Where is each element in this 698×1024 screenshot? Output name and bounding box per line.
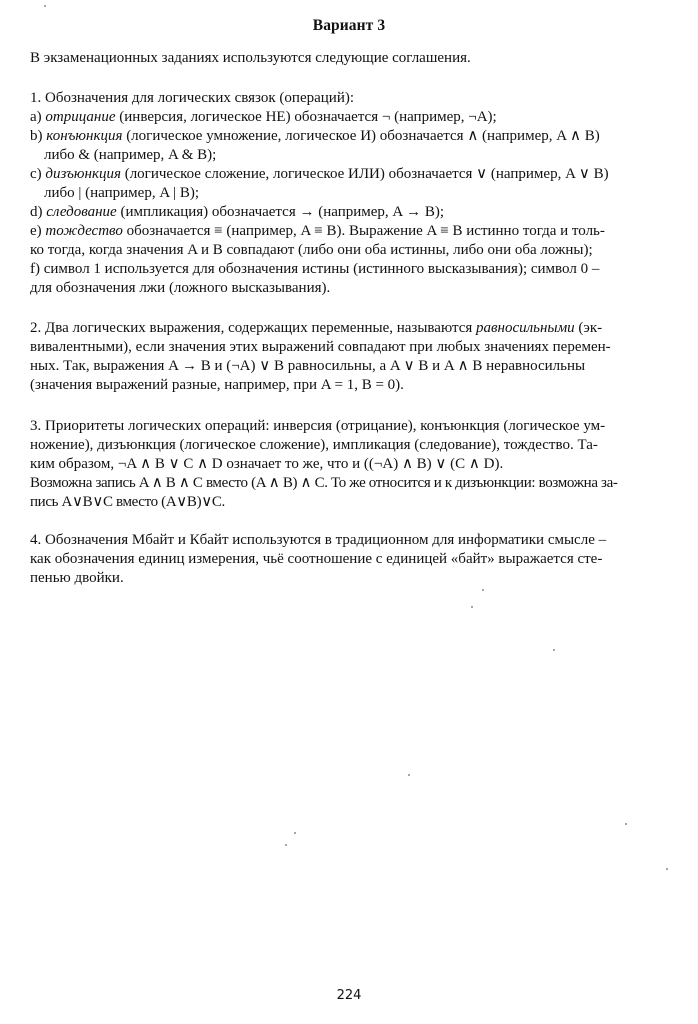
section-2-line-1: 2. Два логических выражения, содержащих …: [30, 319, 602, 338]
item-a-term: отрицание: [45, 109, 115, 125]
page-title: Вариант 3: [0, 17, 698, 35]
item-e-prefix: e): [30, 223, 45, 239]
item-c-prefix: c): [30, 166, 45, 182]
item-d-text: (импликация) обозначается → (например, A…: [117, 204, 444, 220]
item-d-implication: d) следование (импликация) обозначается …: [30, 203, 444, 222]
section-4-line-2: как обозначения единиц измерения, чьё со…: [30, 550, 602, 569]
item-b-conjunction: b) конъюнкция (логическое умножение, лог…: [30, 127, 600, 146]
item-e-text: обозначается ≡ (например, A ≡ B). Выраже…: [123, 223, 605, 239]
item-c-disjunction: c) дизъюнкция (логическое сложение, логи…: [30, 165, 609, 184]
item-b-prefix: b): [30, 128, 46, 144]
item-a-text: (инверсия, логическое НЕ) обозначается ¬…: [116, 109, 497, 125]
scan-speck: [471, 606, 473, 608]
section-2-line-4: (значения выражений разные, например, пр…: [30, 376, 404, 395]
section-3-line-2: ножение), дизъюнкция (логическое сложени…: [30, 436, 598, 455]
item-d-term: следование: [46, 204, 116, 220]
item-c-text: (логическое сложение, логическое ИЛИ) об…: [121, 166, 609, 182]
item-b-term: конъюнкция: [46, 128, 122, 144]
item-a-negation: a) отрицание (инверсия, логическое НЕ) о…: [30, 108, 497, 127]
section-2-line-3: ных. Так, выражения A → B и (¬A) ∨ B рав…: [30, 357, 585, 376]
item-e-equivalence: e) тождество обозначается ≡ (например, A…: [30, 222, 605, 241]
section-4-line-3: пенью двойки.: [30, 569, 124, 588]
item-a-prefix: a): [30, 109, 45, 125]
section-3-line-3: ким образом, ¬A ∧ B ∨ C ∧ D означает то …: [30, 455, 503, 474]
scan-speck: [44, 5, 46, 7]
scan-speck: [408, 774, 410, 776]
section-4-line-1: 4. Обозначения Мбайт и Кбайт используютс…: [30, 531, 606, 550]
item-e-continuation: ко тогда, когда значения A и B совпадают…: [30, 241, 593, 260]
item-f-line-2: для обозначения лжи (ложного высказывани…: [30, 279, 330, 298]
document-page: Вариант 3 В экзаменационных заданиях исп…: [0, 0, 698, 1024]
item-d-prefix: d): [30, 204, 46, 220]
intro-paragraph: В экзаменационных заданиях используются …: [30, 49, 471, 68]
page-number: 224: [0, 988, 698, 1003]
scan-speck: [625, 823, 627, 825]
section-2-text-a: 2. Два логических выражения, содержащих …: [30, 320, 476, 336]
item-b-text: (логическое умножение, логическое И) обо…: [122, 128, 599, 144]
scan-speck: [482, 589, 484, 591]
item-c-term: дизъюнкция: [45, 166, 121, 182]
section-2-term: равносильными: [476, 320, 575, 336]
item-b-continuation: либо & (например, A & B);: [44, 146, 216, 165]
scan-speck: [553, 649, 555, 651]
item-f-line-1: f) символ 1 используется для обозначения…: [30, 260, 599, 279]
scan-speck: [285, 844, 287, 846]
section-2-text-b: (эк-: [575, 320, 602, 336]
section-3-line-5: пись A∨B∨C вместо (A∨B)∨C.: [30, 493, 225, 512]
scan-speck: [666, 868, 668, 870]
item-c-continuation: либо | (например, A | B);: [44, 184, 199, 203]
section-3-line-1: 3. Приоритеты логических операций: инвер…: [30, 417, 605, 436]
item-e-term: тождество: [45, 223, 122, 239]
section-2-line-2: вивалентными), если значения этих выраже…: [30, 338, 611, 357]
section-1-heading: 1. Обозначения для логических связок (оп…: [30, 89, 354, 108]
section-3-line-4: Возможна запись A ∧ B ∧ C вместо (A ∧ B)…: [30, 474, 618, 493]
scan-speck: [294, 832, 296, 834]
